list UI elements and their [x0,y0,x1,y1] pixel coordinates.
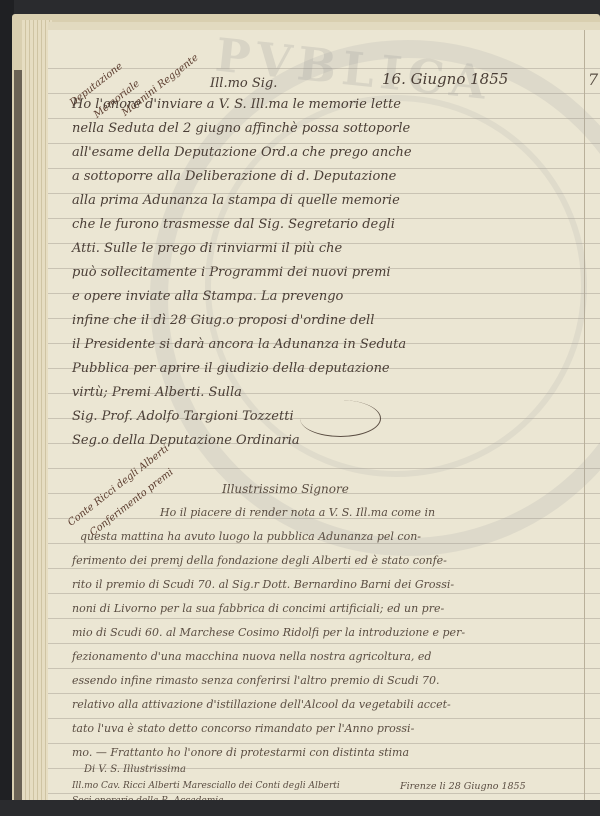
entry2-line: ferimento dei premj della fondazione deg… [72,554,447,567]
scanner-background-bottom [0,800,600,816]
entry1-date: 16. Giugno 1855 [382,70,508,88]
entry2-line: fezionamento d'una macchina nuova nella … [72,650,431,663]
entry1-line: il Presidente si darà ancora la Adunanza… [72,337,406,352]
entry1-line: Ho l'onore d'inviare a V. S. Ill.ma le m… [72,97,401,112]
entry2-line: tato l'uva è stato detto concorso rimand… [72,722,414,735]
entry1-line: a sottoporre alla Deliberazione di d. De… [72,169,396,184]
entry1-addressee: Sig. Prof. Adolfo Targioni Tozzetti [72,409,294,424]
entry2-line: noni di Livorno per la sua fabbrica di c… [72,602,444,615]
entry1-salutation: Ill.mo Sig. [210,76,277,91]
entry2-salutation: Illustrissimo Signore [222,482,349,496]
entry1-line: può sollecitamente i Programmi dei nuovi… [72,265,391,280]
entry2-line: essendo infine rimasto senza conferirsi … [72,674,439,687]
entry2-closing: Di V. S. Illustrissima [84,764,186,775]
entry1-line: infine che il dì 28 Giug.o proposi d'ord… [72,313,374,328]
entry2-line: mo. — Frattanto ho l'onore di protestarm… [72,746,409,759]
entry1-line: all'esame della Deputazione Ord.a che pr… [72,145,412,160]
entry1-addressee: Seg.o della Deputazione Ordinaria [72,433,300,448]
entry2-line: questa mattina ha avuto luogo la pubblic… [80,530,421,543]
entry2-addressee: Ill.mo Cav. Ricci Alberti Maresciallo de… [72,781,340,791]
entry2-line: relativo alla attivazione d'istillazione… [72,698,451,711]
page-number: 7 [588,70,598,89]
entry1-line: alla prima Adunanza la stampa di quelle … [72,193,400,208]
entry1-line: virtù; Premi Alberti. Sulla [72,385,242,400]
entry1-line: che le furono trasmesse dal Sig. Segreta… [72,217,395,232]
entry1-line: e opere inviate alla Stampa. La prevengo [72,289,343,304]
entry2-line: rito il premio di Scudi 70. al Sig.r Dot… [72,578,454,591]
signature-flourish [300,400,381,437]
entry1-line: Pubblica per aprire il giudizio della de… [72,361,390,376]
entry2-line: mio di Scudi 60. al Marchese Cosimo Rido… [72,626,465,639]
entry2-place-date: Firenze li 28 Giugno 1855 [400,781,526,792]
entry2-line: Ho il piacere di render nota a V. S. Ill… [160,506,435,519]
entry1-line: Atti. Sulle le prego di rinviarmi il più… [72,241,342,256]
entry1-line: nella Seduta del 2 giugno affinchè possa… [72,121,410,136]
